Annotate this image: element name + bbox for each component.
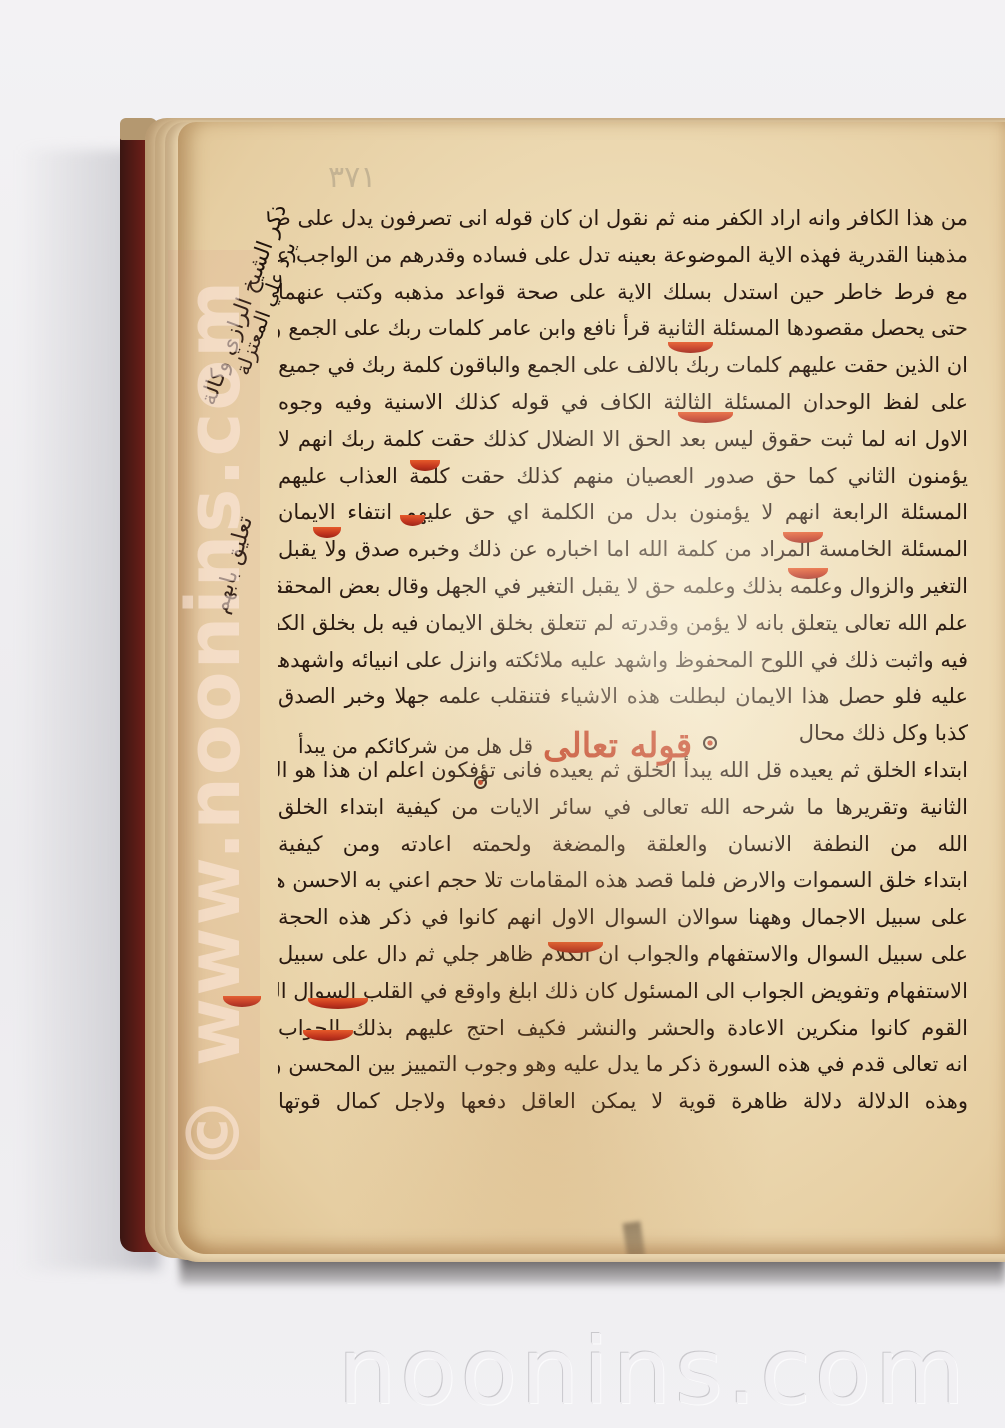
rubric-heading: قوله تعالى (543, 726, 692, 766)
heading-line-text: كذبا وكل ذلك محال (799, 721, 968, 745)
text-line: التغير والزوال وعلمه بذلك وعلمه حق لا يق… (278, 568, 968, 605)
verse-end-marker-icon (474, 776, 487, 789)
text-line: القوم كانوا منكرين الاعادة والحشر والنشر… (278, 1010, 968, 1047)
text-line: على لفظ الوحدان المسئلة الثالثة الكاف في… (278, 384, 968, 421)
text-line: يؤمنون الثاني كما حق صدور العصيان منهم ك… (278, 458, 968, 495)
manuscript-page: ٣٧١ من هذا الكافر وانه اراد الكفر منه ثم… (178, 122, 1005, 1254)
text-line: وهذه الدلالة دلالة ظاهرة قوية لا يمكن ال… (278, 1083, 968, 1120)
text-line: الله من النطفة الانسان والعلقة والمضغة و… (278, 826, 968, 863)
text-line: المسئلة الخامسة المراد من كلمة الله اما … (278, 531, 968, 568)
text-line: ابتداء خلق السموات والارض فلما قصد هذه ا… (278, 862, 968, 899)
text-line: المسئلة الرابعة انهم لا يؤمنون بدل من ال… (278, 494, 968, 531)
text-line: الثانية وتقريرها ما شرحه الله تعالى في س… (278, 789, 968, 826)
verse-end-marker-icon (703, 736, 717, 750)
text-line: من هذا الكافر وانه اراد الكفر منه ثم نقو… (278, 200, 968, 237)
ink-stain (623, 1221, 652, 1254)
text-line: علم الله تعالى يتعلق بانه لا يؤمن وقدرته… (278, 605, 968, 642)
watermark-text: © www.noonins.com (168, 250, 260, 1170)
text-line: فيه واثبت ذلك في اللوح المحفوظ واشهد علي… (278, 642, 968, 679)
text-line: الاستفهام وتفويض الجواب الى المسئول كان … (278, 973, 968, 1010)
text-line: انه تعالى قدم في هذه السورة ذكر ما يدل ع… (278, 1046, 968, 1083)
text-line: عليه فلو حصل هذا الايمان لبطلت هذه الاشي… (278, 678, 968, 715)
heading-verse-text: قل هل من شركائكم من يبدأ (298, 734, 533, 758)
text-line: ان الذين حقت عليهم كلمات ربك بالالف على … (278, 347, 968, 384)
text-line: مع فرط خاطر حين استدل بسلك الاية على صحة… (278, 274, 968, 311)
folio-number: ٣٧١ (328, 160, 376, 195)
text-line: على سبيل الاجمال وههنا سوالان السوال الا… (278, 899, 968, 936)
text-line: على سبيل السوال والاستفهام والجواب ان ال… (278, 936, 968, 973)
text-line: حتى يحصل مقصودها المسئلة الثانية قرأ ناف… (278, 310, 968, 347)
main-text-block: من هذا الكافر وانه اراد الكفر منه ثم نقو… (278, 200, 968, 1120)
text-line: الاول انه لما ثبت حقوق ليس بعد الحق الا … (278, 421, 968, 458)
bottom-watermark: noonins.com (338, 1318, 969, 1425)
text-line: مذهبنا القدرية فهذه الاية الموضوعة بعينه… (278, 237, 968, 274)
